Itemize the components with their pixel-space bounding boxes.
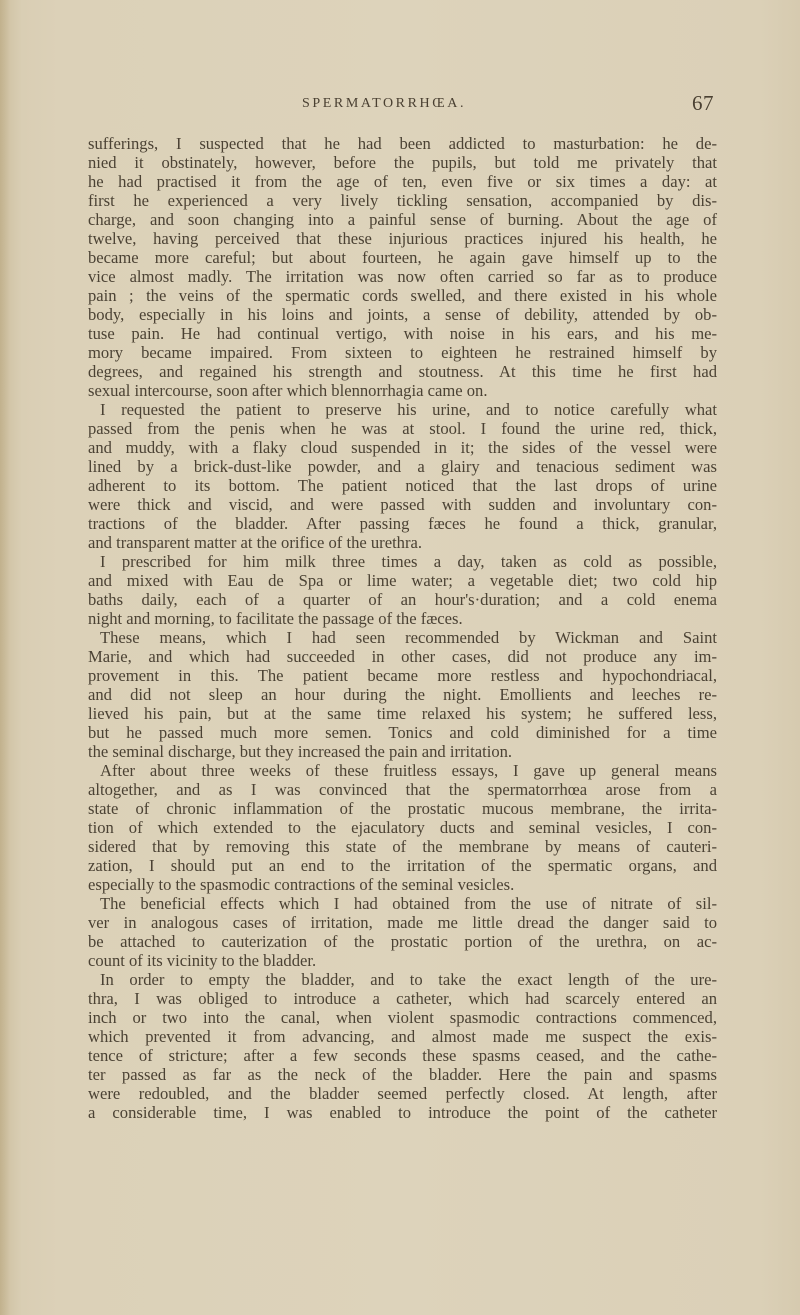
text-line: I prescribed for him milk three times a … [88,552,717,571]
text-line: mory became impaired. From sixteen to ei… [88,343,717,362]
text-line: ter passed as far as the neck of the bla… [88,1065,717,1084]
text-line: especially to the spasmodic contractions… [88,875,717,894]
text-line: thra, I was obliged to introduce a cathe… [88,989,717,1008]
text-line: state of chronic inflammation of the pro… [88,799,717,818]
text-line: were redoubled, and the bladder seemed p… [88,1084,717,1103]
text-line: first he experienced a very lively tickl… [88,191,717,210]
text-line: the seminal discharge, but they increase… [88,742,717,761]
text-line: and did not sleep an hour during the nig… [88,685,717,704]
text-line: ver in analogous cases of irritation, ma… [88,913,717,932]
paragraph: These means, which I had seen recommende… [88,628,717,761]
text-line: These means, which I had seen recommende… [88,628,717,647]
text-line: altogether, and as I was convinced that … [88,780,717,799]
text-line: I requested the patient to preserve his … [88,400,717,419]
body-text: sufferings, I suspected that he had been… [88,134,717,1122]
paragraph: The beneficial effects which I had obtai… [88,894,717,970]
text-line: tence of stricture; after a few seconds … [88,1046,717,1065]
text-line: body, especially in his loins and joints… [88,305,717,324]
paragraph: After about three weeks of these fruitle… [88,761,717,894]
text-line: passed from the penis when he was at sto… [88,419,717,438]
text-line: tuse pain. He had continual vertigo, wit… [88,324,717,343]
text-line: be attached to cauterization of the pros… [88,932,717,951]
text-line: night and morning, to facilitate the pas… [88,609,717,628]
text-line: lieved his pain, but at the same time re… [88,704,717,723]
text-line: pain ; the veins of the spermatic cords … [88,286,717,305]
book-page: SPERMATORRHŒA. 67 sufferings, I suspecte… [0,0,800,1315]
text-line: adherent to its bottom. The patient noti… [88,476,717,495]
text-line: and transparent matter at the orifice of… [88,533,717,552]
text-line: but he passed much more semen. Tonics an… [88,723,717,742]
page-number: 67 [692,91,714,116]
text-line: sexual intercourse, soon after which ble… [88,381,717,400]
paragraph: In order to empty the bladder, and to ta… [88,970,717,1122]
text-line: Marie, and which had succeeded in other … [88,647,717,666]
text-line: he had practised it from the age of ten,… [88,172,717,191]
text-line: provement in this. The patient became mo… [88,666,717,685]
text-line: baths daily, each of a quarter of an hou… [88,590,717,609]
text-line: a considerable time, I was enabled to in… [88,1103,717,1122]
text-line: tractions of the bladder. After passing … [88,514,717,533]
text-line: twelve, having perceived that these inju… [88,229,717,248]
text-line: vice almost madly. The irritation was no… [88,267,717,286]
text-line: zation, I should put an end to the irrit… [88,856,717,875]
text-line: count of its vicinity to the bladder. [88,951,717,970]
text-line: became more careful; but about fourteen,… [88,248,717,267]
running-title: SPERMATORRHŒA. [302,96,466,112]
paragraph: I prescribed for him milk three times a … [88,552,717,628]
text-line: and mixed with Eau de Spa or lime water;… [88,571,717,590]
text-line: and muddy, with a flaky cloud suspended … [88,438,717,457]
text-line: inch or two into the canal, when violent… [88,1008,717,1027]
text-line: sufferings, I suspected that he had been… [88,134,717,153]
text-line: were thick and viscid, and were passed w… [88,495,717,514]
text-line: After about three weeks of these fruitle… [88,761,717,780]
text-line: sidered that by removing this state of t… [88,837,717,856]
text-line: lined by a brick-dust-like powder, and a… [88,457,717,476]
paragraph: I requested the patient to preserve his … [88,400,717,552]
text-line: In order to empty the bladder, and to ta… [88,970,717,989]
text-line: charge, and soon changing into a painful… [88,210,717,229]
text-line: The beneficial effects which I had obtai… [88,894,717,913]
text-line: degrees, and regained his strength and s… [88,362,717,381]
running-head: SPERMATORRHŒA. 67 [88,94,716,116]
paragraph: sufferings, I suspected that he had been… [88,134,717,400]
text-line: which prevented it from advancing, and a… [88,1027,717,1046]
text-line: tion of which extended to the ejaculator… [88,818,717,837]
text-line: nied it obstinately, however, before the… [88,153,717,172]
